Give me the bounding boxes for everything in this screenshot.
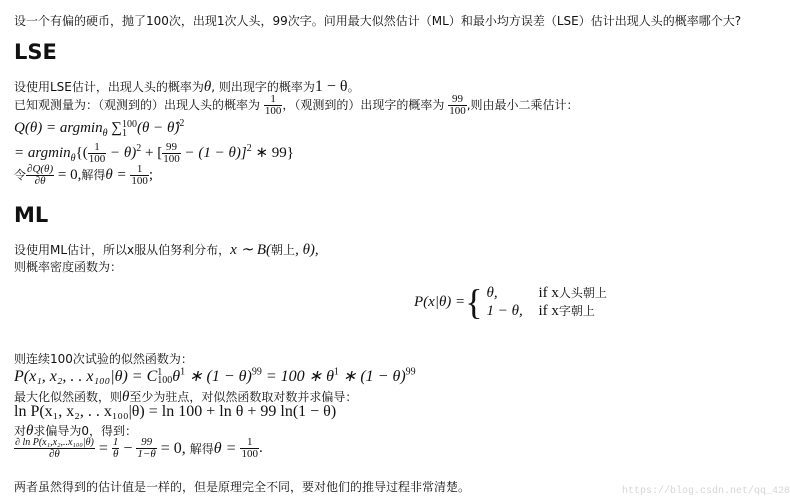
frac-den: 100 [448,106,467,117]
frac-den: ∂θ [26,176,54,187]
case1-if: if x [538,284,558,302]
eq1-square: 2 [179,118,184,129]
frac-den: 1−θ [136,449,156,460]
lik-theta: θ [172,368,180,385]
case1-value: θ, [486,284,538,302]
log-likelihood-equation: ln P(x₁, x₂, . . x₁₀₀|θ) = ln 100 + ln θ… [14,403,336,421]
case2-if: if x [538,302,558,320]
eq3-ling: 令 [14,168,26,182]
lse-observation-c: ,则由最小二乘估计： [467,98,579,112]
left-brace-icon: { [465,284,482,320]
eq3-jie: 解得 [81,168,105,182]
pdf-case-heads: θ, if x 人头朝上 [486,284,606,302]
frac-den: θ [112,449,120,460]
frac-den: 100 [264,106,283,117]
derivative-equation: ∂ ln P(x₁,x₂,..x₁₀₀|θ)∂θ = 1θ − 991−θ = … [14,437,263,460]
maximize-a: 最大化似然函数，则 [14,390,122,404]
deriv-jie: 解得 [190,440,214,457]
fraction-99-100: 99100 [448,94,467,117]
fraction-1-100: 1100 [240,437,259,460]
frac-den: 100 [162,154,181,165]
pdf-piecewise: P(x|θ) = { θ, if x 人头朝上 1 − θ, if x 字朝上 [414,284,607,320]
lse-assumption-text: 设使用LSE估计，出现人头的概率为 [14,80,204,94]
lik-c: = 100 ∗ θ [262,368,334,385]
fraction-1-100: 1100 [88,142,107,165]
fraction-99-1-theta: 991−θ [136,437,156,460]
frac-num: ∂ ln P(x₁,x₂,..x₁₀₀|θ) [14,438,95,449]
lik-99a: 99 [252,367,262,378]
lse-assumption-end: 。 [348,80,360,94]
conclusion-text: 两者虽然得到的估计值是一样的，但是原理完全不同，要对他们的推导过程非常清楚。 [14,478,470,495]
question-text: 设一个有偏的硬币，抛了100次，出现1次人头，99次字。问用最大似然估计（ML）… [14,12,741,29]
sum-symbol: ∑ [111,120,122,136]
eq3-a: = 0, [54,167,81,183]
deriv-theta-eq: θ = [214,440,241,458]
eq3-theta: θ = [105,167,130,183]
frac-den: 100 [240,449,259,460]
lse-equation-1: Q(θ) = argminθ ∑1001(θ − θ̂)2 [14,118,184,139]
partial-q-fraction: ∂Q(θ)∂θ [26,164,54,187]
sum-lower: 1 [122,129,137,138]
lse-equation-2: = argminθ{(1100 − θ)2 + [99100 − (1 − θ)… [14,142,294,165]
bernoulli-cn: 朝上 [271,243,295,257]
bernoulli-expr: x ∼ B( [230,242,271,258]
deriv-minus: − [119,440,136,458]
lse-equation-3: 令∂Q(θ)∂θ = 0,解得θ = 1100; [14,164,153,187]
one-minus-theta: 1 − θ [315,78,348,95]
lse-observation-a: 已知观测量为：（观测到的）出现人头的概率为 [14,98,260,112]
c-sub: 100 [157,377,172,386]
lik-b: ∗ (1 − θ) [185,368,252,385]
lik-99b: 99 [406,367,416,378]
eq2-c: − θ) [106,145,136,161]
watermark: https://blog.csdn.net/qq_42828404 [622,486,790,497]
eq3-end: ; [149,167,153,183]
lse-observation-b: ，（观测到的）出现字的概率为 [282,98,444,112]
ml-assumption: 设使用ML估计，所以x服从伯努利分布，x ∼ B(朝上, θ), [14,240,319,259]
deriv-b: 求偏导为0，得到： [33,424,137,438]
likelihood-intro: 则连续100次试验的似然函数为： [14,350,193,367]
deriv-eq-a: = [95,440,112,458]
pdf-lhs: P(x|θ) = [414,294,465,311]
frac-den: 100 [130,176,149,187]
deriv-eq-b: = 0, [157,440,190,458]
ml-assumption-text: 设使用ML估计，所以x服从伯努利分布， [14,243,230,257]
ml-pdf-intro: 则概率密度函数为： [14,258,122,275]
case1-cond: 人头朝上 [559,284,607,302]
pdf-case-tails: 1 − θ, if x 字朝上 [486,302,606,320]
lse-heading: LSE [14,40,57,64]
eq2-b: {( [76,145,88,161]
combination-indices: 1100 [157,369,172,386]
maximize-b: 至少为驻点，对似然函数取对数并求偏导： [129,390,357,404]
eq2-e: − (1 − θ)] [181,145,247,161]
deriv-end: . [259,440,263,457]
case2-cond: 字朝上 [559,302,595,320]
pdf-cases: θ, if x 人头朝上 1 − θ, if x 字朝上 [486,284,606,320]
frac-den: ∂θ [14,449,95,460]
lik-a: P(x₁, x₂, . . x₁₀₀|θ) = C [14,368,157,385]
lse-observation: 已知观测量为：（观测到的）出现人头的概率为 1100，（观测到的）出现字的概率为… [14,94,579,117]
eq1-lhs: Q(θ) = argmin [14,120,103,136]
deriv-a: 对 [14,424,26,438]
fraction-99-100: 99100 [162,142,181,165]
eq2-a: = argmin [14,145,71,161]
lse-assumption-mid: , 则出现字的概率为 [211,80,315,94]
lik-d: ∗ (1 − θ) [339,368,406,385]
fraction-1-100: 1100 [130,164,149,187]
eq2-f: ∗ 99} [252,145,294,161]
bernoulli-expr-end: , θ), [295,242,319,258]
eq2-d: + [ [141,145,162,161]
ml-heading: ML [14,203,48,227]
eq1-sub: θ [103,128,108,139]
sum-limits: 1001 [122,120,137,138]
likelihood-equation: P(x₁, x₂, . . x₁₀₀|θ) = C1100θ1 ∗ (1 − θ… [14,366,416,386]
eq1-tail: (θ − θ̂) [137,120,179,136]
fraction-1-100: 1100 [264,94,283,117]
partial-log-fraction: ∂ ln P(x₁,x₂,..x₁₀₀|θ)∂θ [14,438,95,460]
case2-value: 1 − θ, [486,302,538,320]
fraction-1-theta: 1θ [112,437,120,460]
